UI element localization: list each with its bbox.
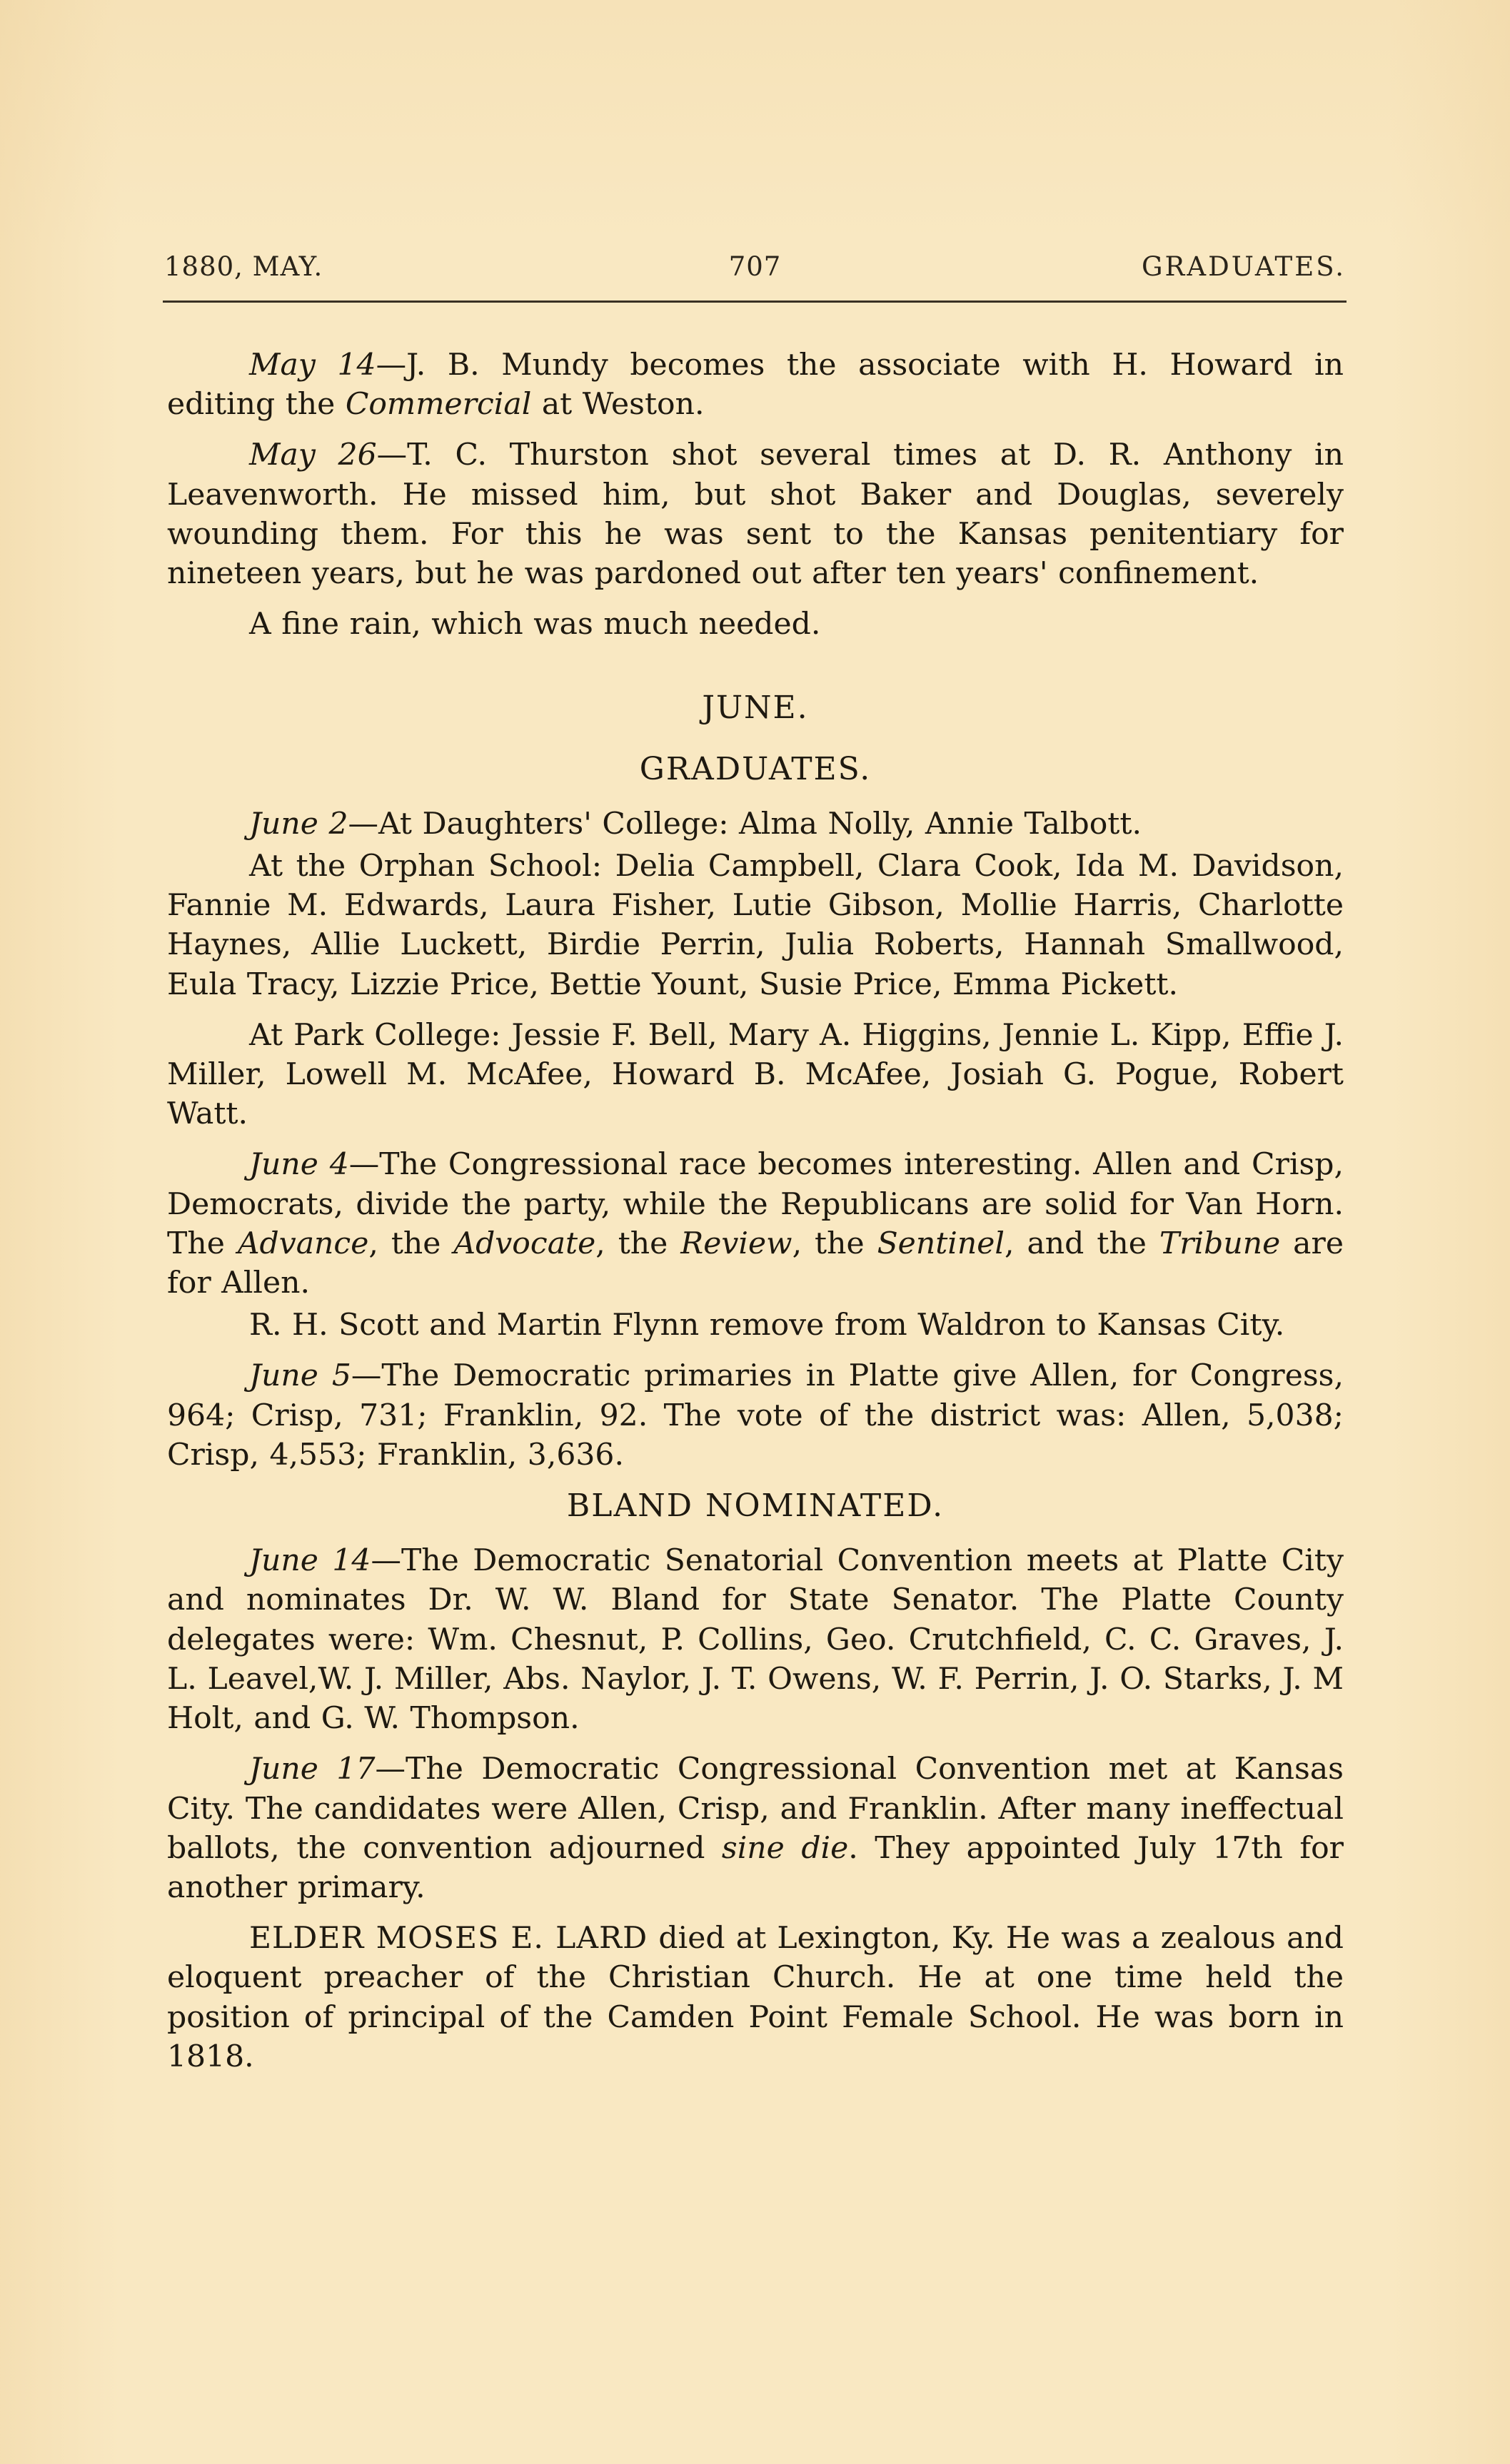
heading-graduates: GRADUATES. [167,749,1344,789]
entry-scott-flynn: R. H. Scott and Martin Flynn remove from… [167,1306,1344,1345]
entry-may-14: May 14—J. B. Mundy becomes the associate… [167,345,1344,424]
entry-text: At Park College: Jessie F. Bell, Mary A.… [167,1018,1344,1131]
newspaper-title: Advance [238,1226,369,1261]
entry-date: June 17 [249,1752,375,1787]
entry-june-17: June 17—The Democratic Congressional Con… [167,1749,1344,1907]
entry-text: , the [595,1226,680,1261]
entry-date: May 14 [249,348,376,383]
running-head: 1880, MAY. 707 GRADUATES. [164,251,1346,291]
entry-june-4: June 4—The Congressional race becomes in… [167,1145,1344,1303]
entry-june-2: June 2—At Daughters' College: Alma Nolly… [167,804,1344,844]
newspaper-title: Advocate [453,1226,595,1261]
entry-text: , the [368,1226,453,1261]
entry-date: June 4 [249,1147,349,1182]
heading-bland-nominated: BLAND NOMINATED. [167,1486,1344,1525]
entry-text: At the Orphan School: Delia Campbell, Cl… [167,849,1344,1002]
entry-orphan-school: At the Orphan School: Delia Campbell, Cl… [167,847,1344,1004]
running-head-section: GRADUATES. [1142,251,1346,282]
entry-date: June 2 [249,807,348,842]
entry-date: June 5 [249,1358,351,1393]
entry-date: June 14 [249,1543,371,1578]
entry-june-5: June 5—The Democratic primaries in Platt… [167,1356,1344,1475]
entry-june-14: June 14—The Democratic Senatorial Conven… [167,1541,1344,1738]
page-body: May 14—J. B. Mundy becomes the associate… [167,345,1344,2088]
entry-text: A fine rain, which was much needed. [249,607,820,642]
heading-june: JUNE. [167,688,1344,727]
entry-text: , and the [1005,1226,1159,1261]
entry-text: —At Daughters' College: Alma Nolly, Anni… [348,807,1141,842]
header-rule [163,301,1347,303]
newspaper-title: Review [680,1226,792,1261]
entry-park-college: At Park College: Jessie F. Bell, Mary A.… [167,1016,1344,1134]
obituary-name: ELDER MOSES E. LARD [249,1921,648,1956]
newspaper-title: Tribune [1159,1226,1280,1261]
entry-text: , the [792,1226,877,1261]
entry-rain: A fine rain, which was much needed. [167,605,1344,644]
latin-phrase: sine die [722,1831,848,1866]
entry-date: May 26 [249,438,377,473]
entry-text: R. H. Scott and Martin Flynn remove from… [249,1308,1284,1343]
newspaper-title: Sentinel [877,1226,1005,1261]
entry-text: at Weston. [531,387,704,422]
entry-lard-obituary: ELDER MOSES E. LARD died at Lexington, K… [167,1919,1344,2076]
entry-may-26: May 26—T. C. Thurston shot several times… [167,435,1344,593]
newspaper-title: Commercial [346,387,532,422]
